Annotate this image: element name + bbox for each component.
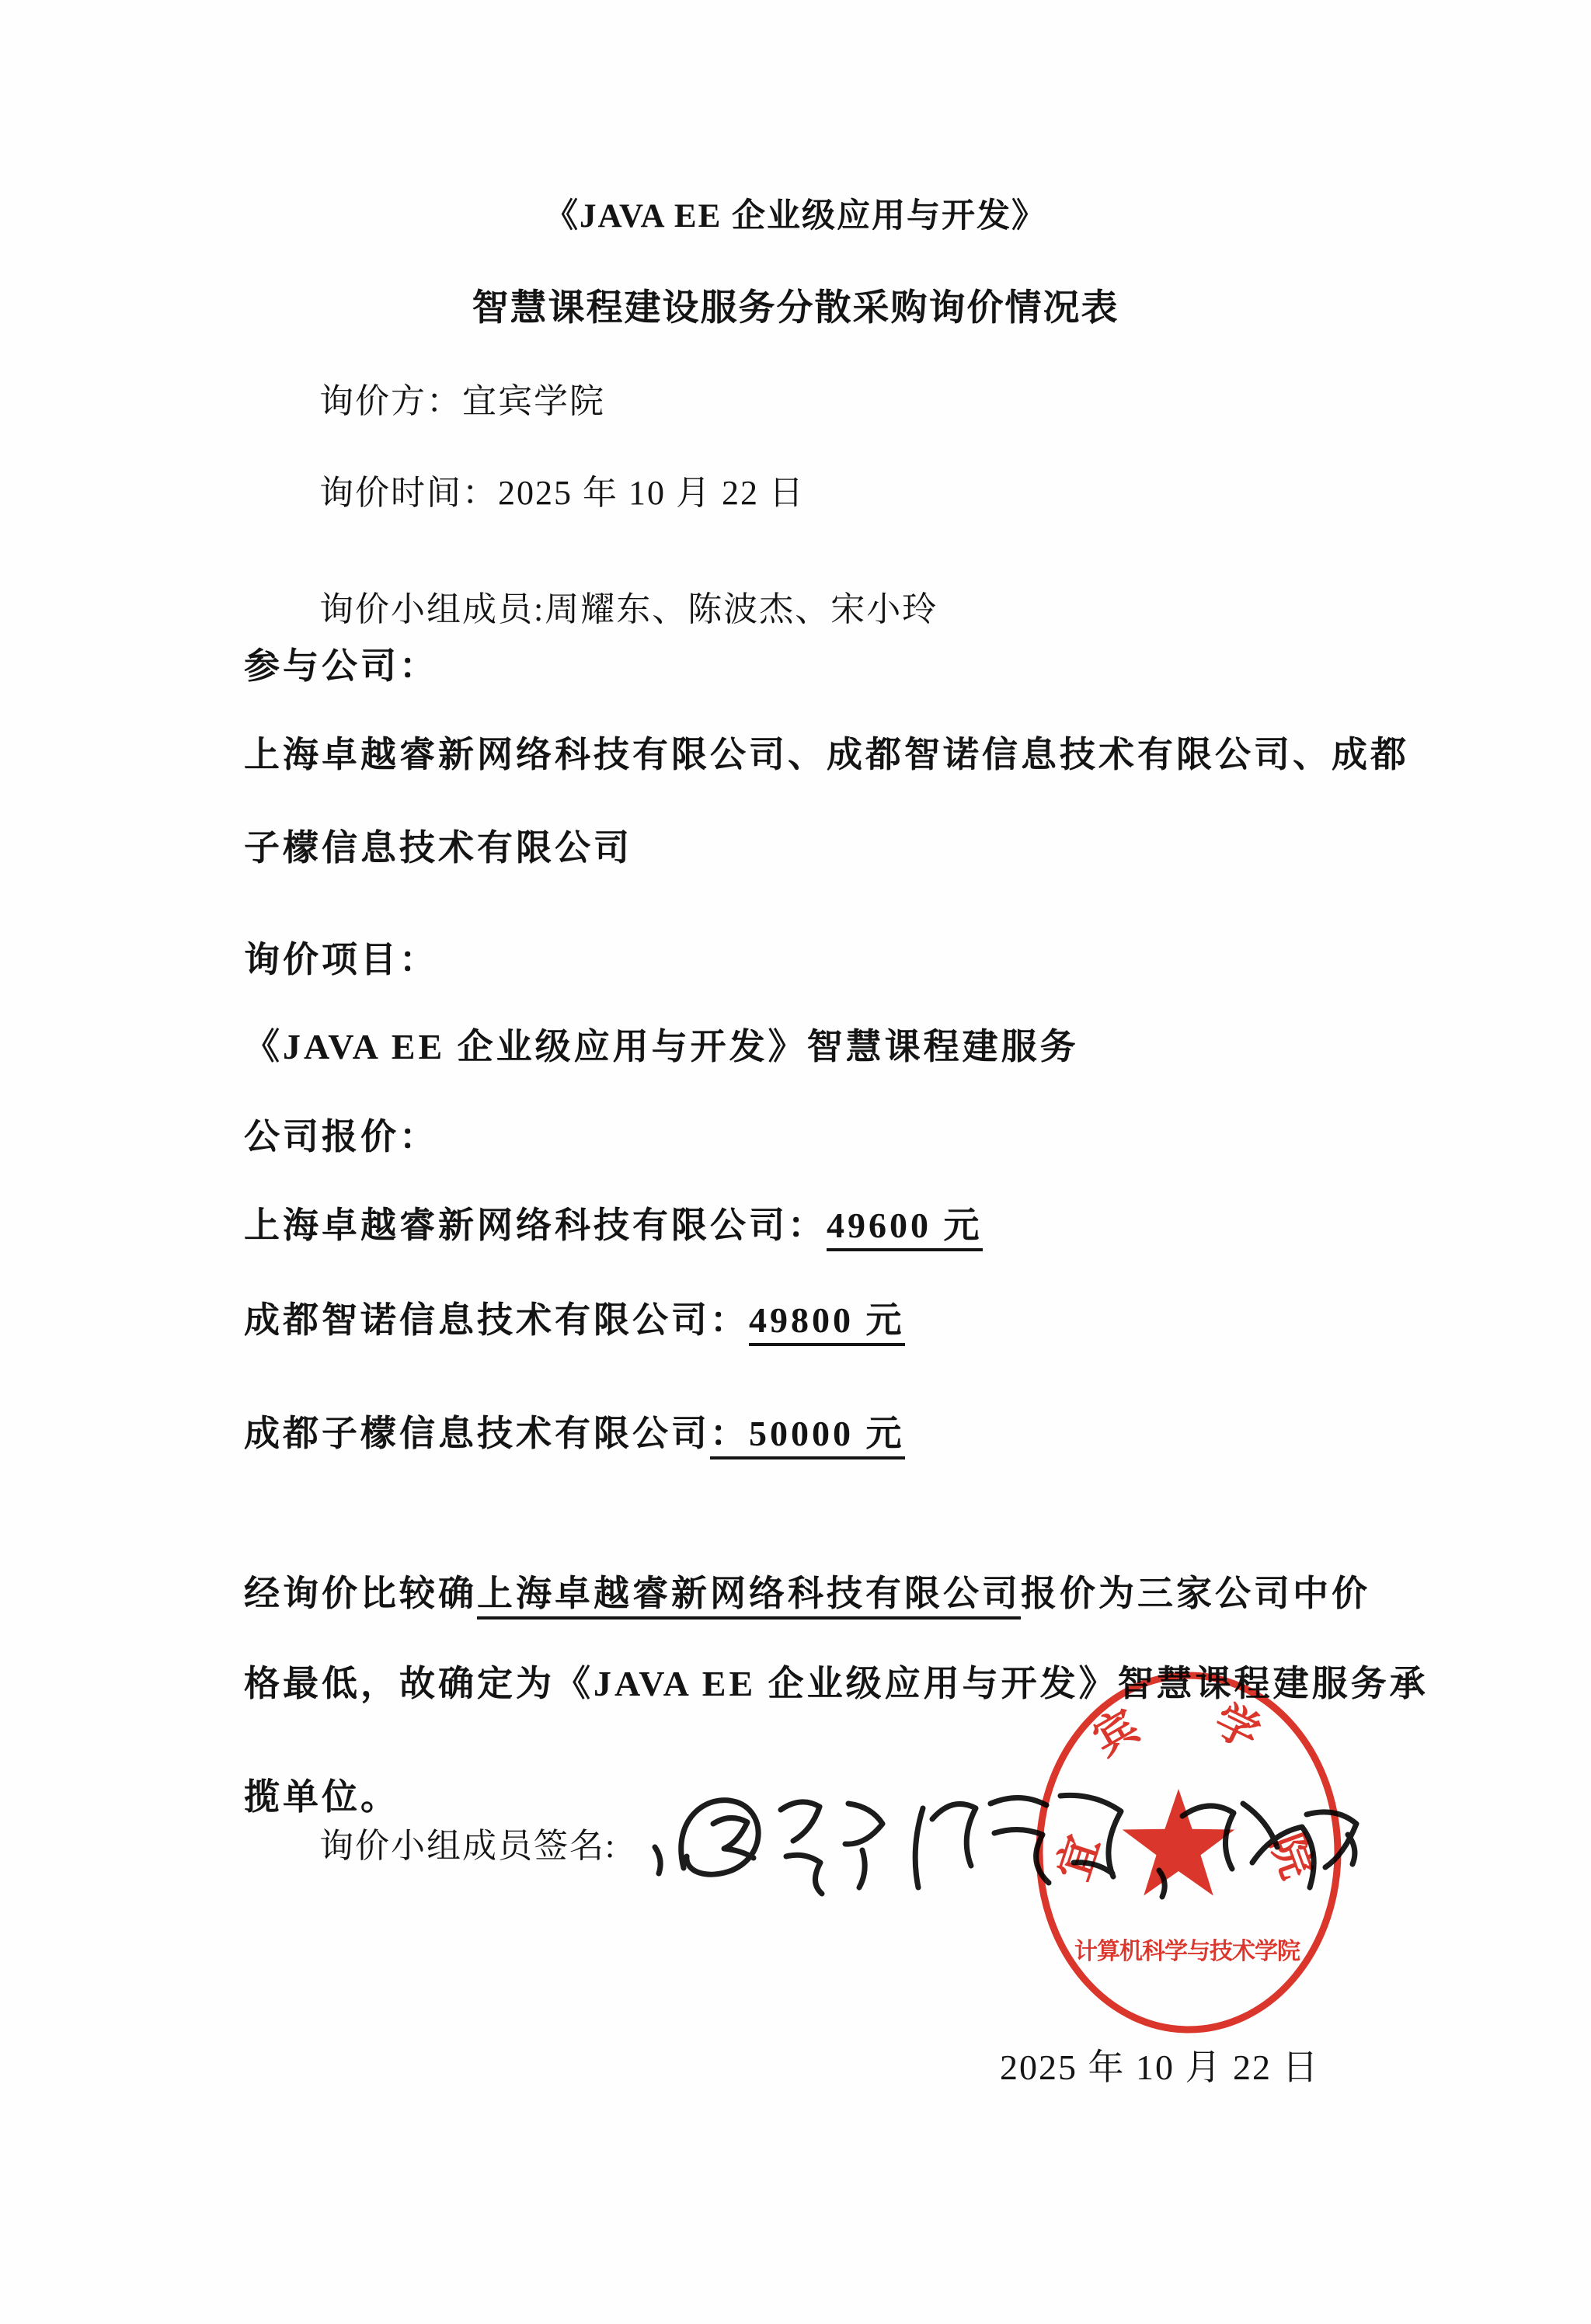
scanned-inquiry-document: 《JAVA EE 企业级应用与开发》 智慧课程建设服务分散采购询价情况表 询价方…: [0, 0, 1591, 2324]
signature-zhou-yaodong: [681, 1800, 883, 1894]
conclusion-pre: 经询价比较确: [244, 1574, 477, 1613]
quote-company: 上海卓越睿新网络科技有限公司：: [244, 1205, 827, 1245]
conclusion-line3: 揽单位。: [244, 1777, 399, 1818]
quotes-heading: 公司报价：: [244, 1117, 438, 1158]
quote-company: 成都智诺信息技术有限公司：: [244, 1300, 749, 1340]
quote-value: 49800 元: [749, 1300, 905, 1346]
inquiry-members-line: 询价小组成员:周耀东、陈波杰、宋小玲: [319, 590, 938, 630]
stamp-arc-char: 学: [1206, 1696, 1267, 1759]
signature-chen-bojie: [915, 1795, 1121, 1887]
quote-row: 成都智诺信息技术有限公司：49800 元: [244, 1300, 905, 1341]
quote-value: 49600 元: [827, 1205, 983, 1251]
conclusion-post: 报价为三家公司中价: [1021, 1574, 1370, 1613]
quote-value: ：50000 元: [710, 1414, 905, 1459]
inquiry-time-line: 询价时间：2025 年 10 月 22 日: [319, 474, 805, 513]
conclusion-winner-company: 上海卓越睿新网络科技有限公司: [477, 1574, 1021, 1619]
conclusion-line1: 经询价比较确上海卓越睿新网络科技有限公司报价为三家公司中价: [244, 1574, 1370, 1615]
quote-row: 成都子檬信息技术有限公司：50000 元: [244, 1414, 905, 1455]
participants-line2: 子檬信息技术有限公司: [244, 828, 632, 869]
document-title-line2: 智慧课程建设服务分散采购询价情况表: [0, 287, 1591, 329]
inquirer-line: 询价方：宜宾学院: [319, 382, 605, 422]
quote-row: 上海卓越睿新网络科技有限公司：49600 元: [244, 1205, 983, 1247]
participants-heading: 参与公司：: [244, 646, 438, 687]
signature-label: 询价小组成员签名:: [319, 1827, 616, 1867]
document-title-line1: 《JAVA EE 企业级应用与开发》: [0, 197, 1591, 235]
quote-company: 成都子檬信息技术有限公司: [244, 1414, 710, 1453]
ink-comma: [1159, 1870, 1165, 1897]
project-heading: 询价项目：: [244, 940, 438, 981]
signature-song-xiaoling: [1182, 1804, 1356, 1887]
handwritten-signatures: [606, 1763, 1398, 1926]
ink-tick: [655, 1847, 660, 1873]
stamp-department-text: 计算机科学与技术学院: [1074, 1938, 1300, 1964]
project-line: 《JAVA EE 企业级应用与开发》智慧课程建服务: [244, 1027, 1079, 1068]
date-line: 2025 年 10 月 22 日: [1000, 2047, 1320, 2089]
participants-line1: 上海卓越睿新网络科技有限公司、成都智诺信息技术有限公司、成都: [244, 735, 1409, 776]
